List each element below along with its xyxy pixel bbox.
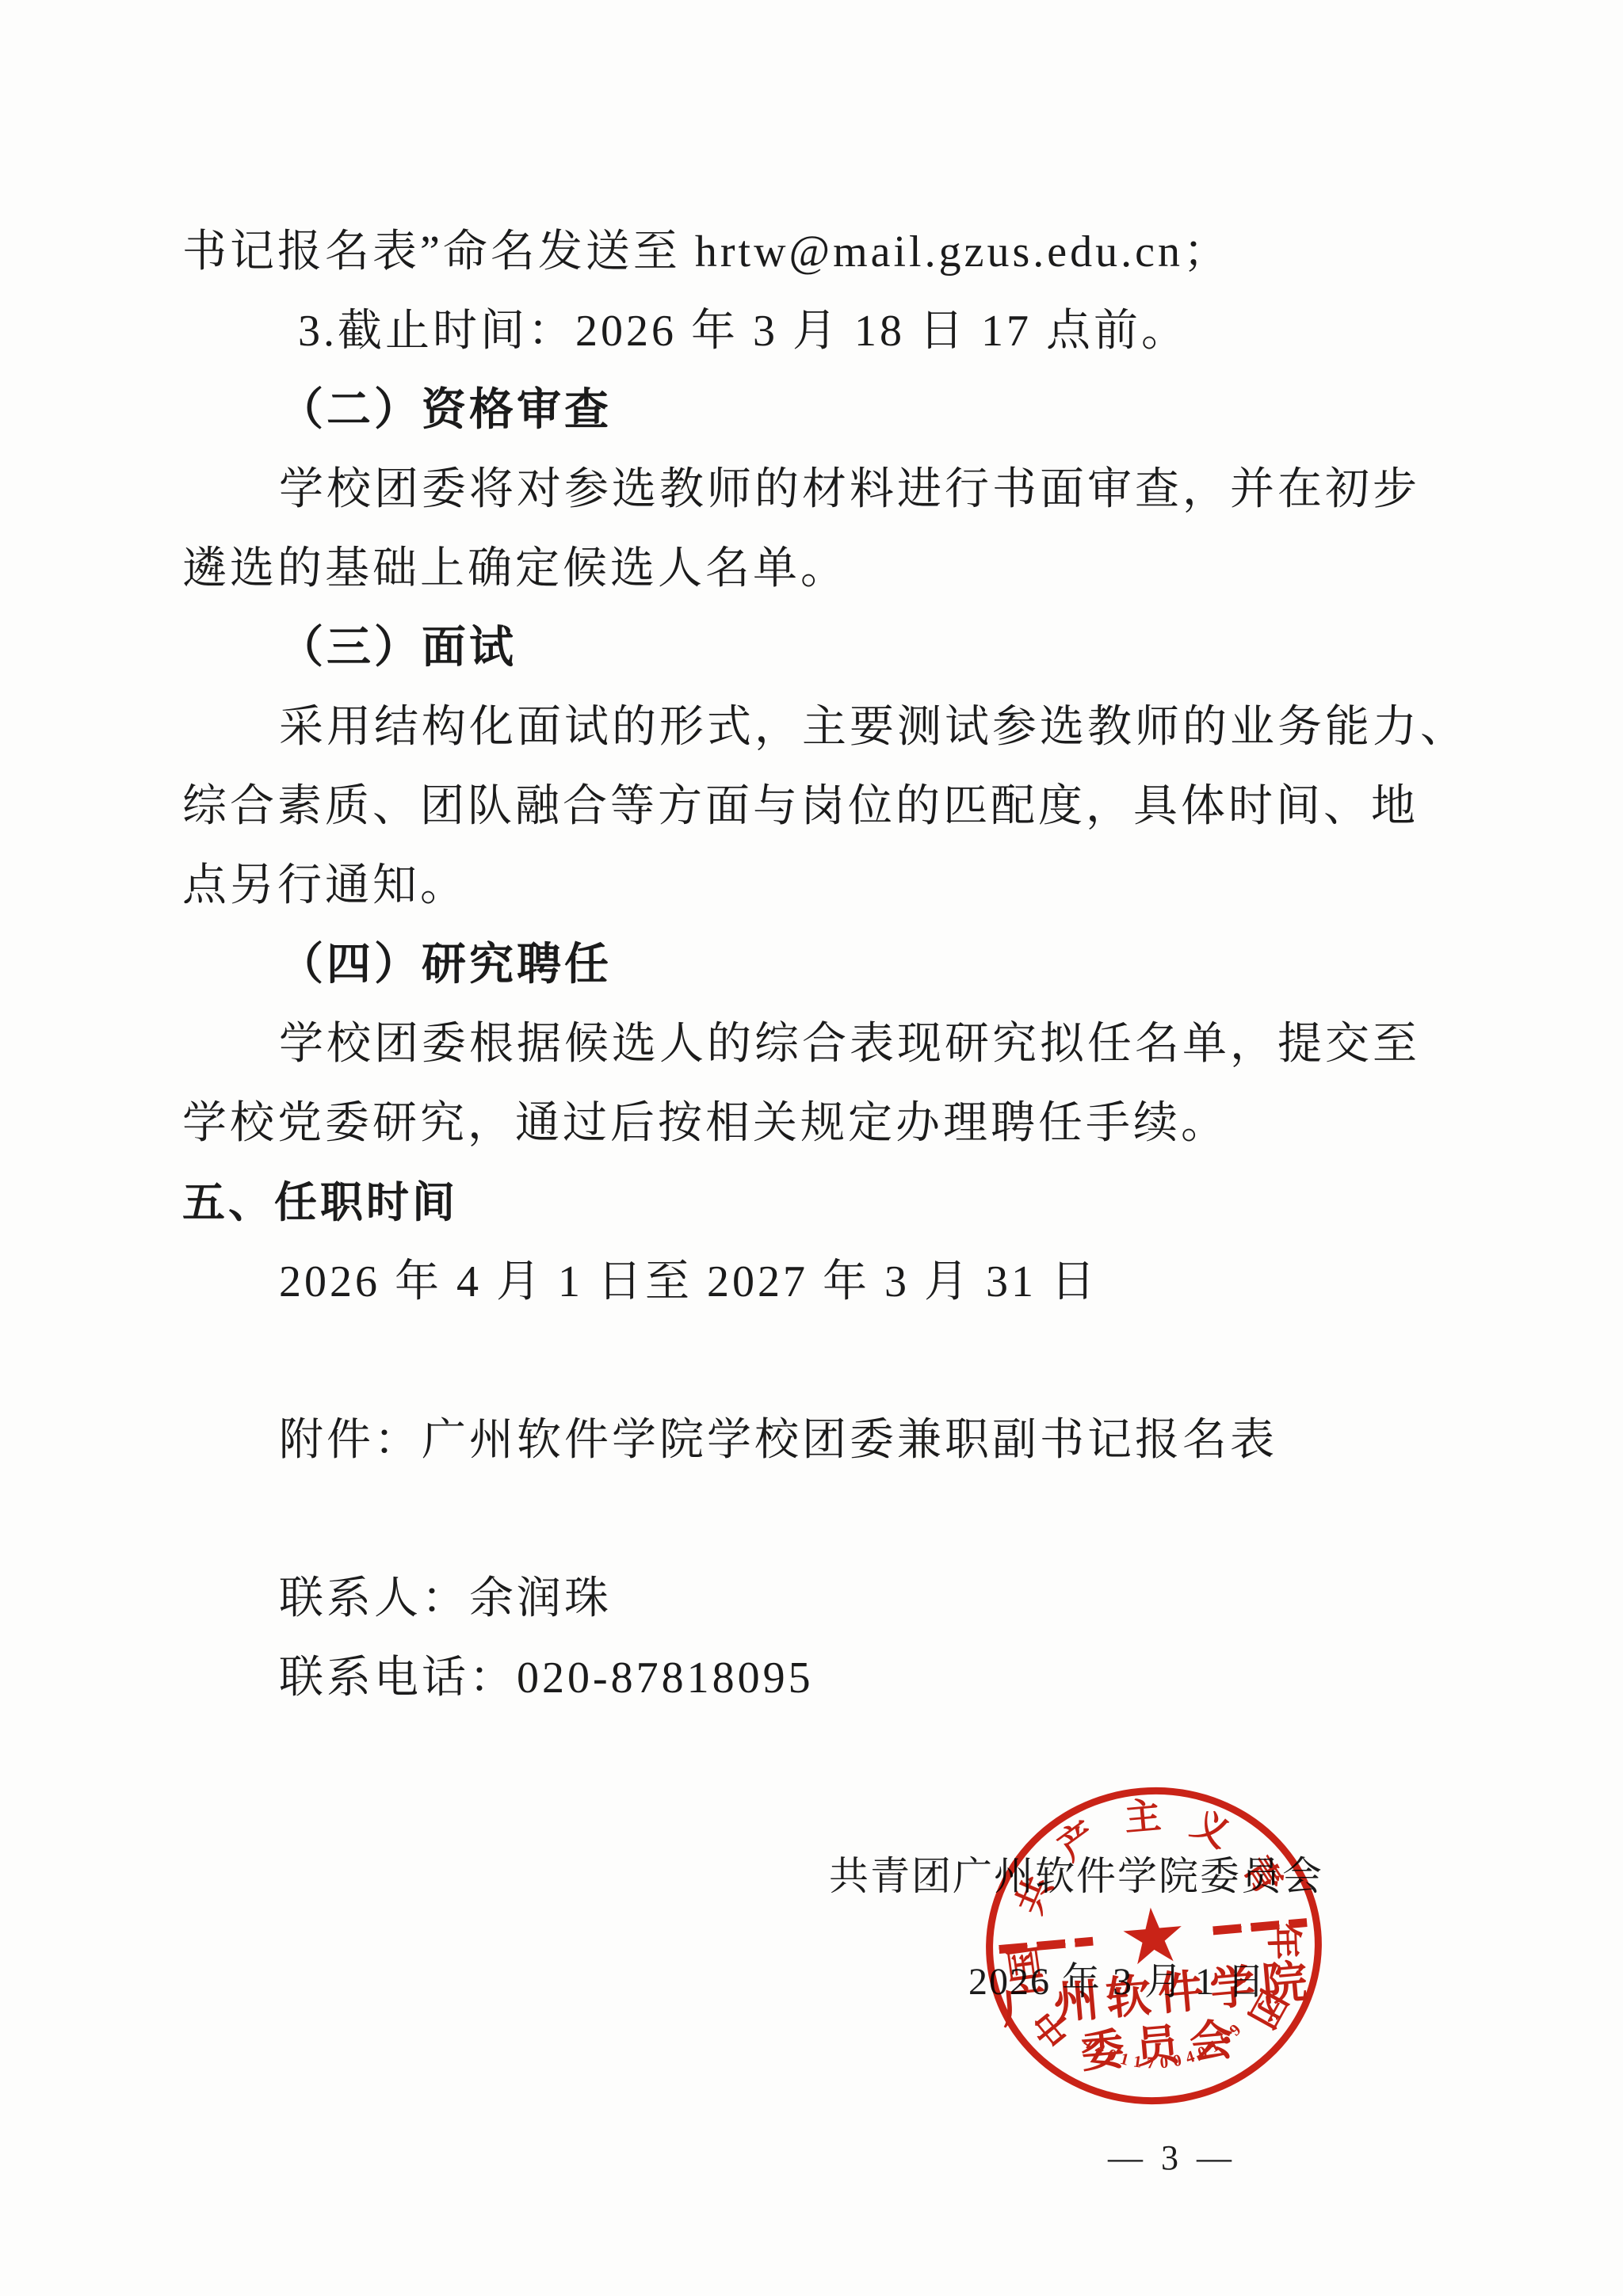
doc-line: 学校团委根据候选人的综合表现研究拟任名单，提交至 <box>182 1005 1482 1084</box>
page-number: — 3 — <box>1108 2138 1236 2178</box>
attachment-line: 附件：广州软件学院学校团委兼职副书记报名表 <box>182 1401 1482 1480</box>
doc-line: 学校党委研究，通过后按相关规定办理聘任手续。 <box>182 1084 1482 1163</box>
contact-person-line: 联系人：余润珠 <box>182 1559 1482 1638</box>
chapter-heading: 五、任职时间 <box>182 1163 1482 1242</box>
doc-line: 遴选的基础上确定候选人名单。 <box>182 529 1482 608</box>
section-heading: （二）资格审查 <box>182 371 1482 450</box>
seal-arc-char: 主 <box>1122 1787 1163 1842</box>
doc-line: 学校团委将对参选教师的材料进行书面审查，并在初步 <box>182 450 1482 529</box>
seal-arc-char: 7 <box>1147 2053 1155 2073</box>
section-heading: （三）面试 <box>182 608 1482 688</box>
seal-ring-text: 中国共产主义青年团 <box>972 1773 1307 1802</box>
doc-line: 2026 年 4 月 1 日至 2027 年 3 月 31 日 <box>182 1242 1482 1322</box>
doc-line: 点另行通知。 <box>182 846 1482 925</box>
contact-phone-line: 联系电话：020-87818095 <box>182 1638 1482 1718</box>
doc-line: 采用结构化面试的形式，主要测试参选教师的业务能力、 <box>182 688 1482 767</box>
doc-line: 3.截止时间：2026 年 3 月 18 日 17 点前。 <box>182 292 1482 371</box>
document-page: 书记报名表”命名发送至 hrtw@mail.gzus.edu.cn； 3.截止时… <box>0 0 1623 2296</box>
doc-line: 综合素质、团队融合等方面与岗位的匹配度，具体时间、地 <box>182 767 1482 846</box>
official-seal-stamp: 中国共产主义青年团 ★ 广州软件学院 委员会 4401170040169 <box>972 1773 1335 2118</box>
seal-arc-char: 0 <box>1159 2053 1170 2073</box>
doc-line: 书记报名表”命名发送至 hrtw@mail.gzus.edu.cn； <box>182 212 1482 292</box>
blank-line <box>182 1322 1482 1401</box>
section-heading: （四）研究聘任 <box>182 925 1482 1005</box>
blank-line <box>182 1480 1482 1559</box>
document-body: 书记报名表”命名发送至 hrtw@mail.gzus.edu.cn； 3.截止时… <box>182 212 1482 1718</box>
